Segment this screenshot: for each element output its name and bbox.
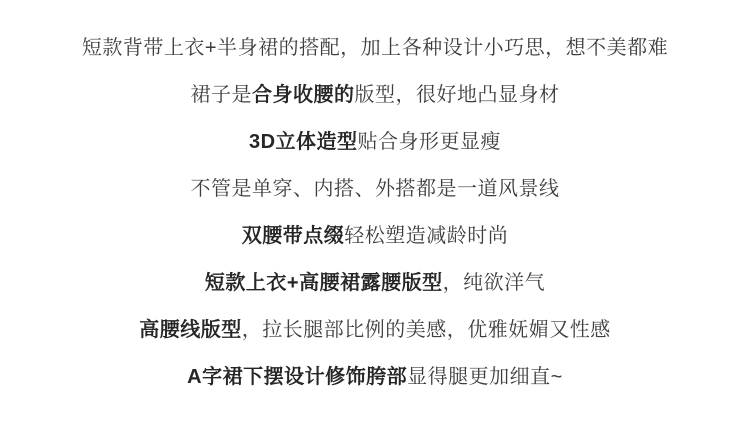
text-segment-regular: ，纯欲洋气 <box>443 272 546 294</box>
text-segment-regular: 不管是单穿、内搭、外搭都是一道风景线 <box>191 178 560 200</box>
text-segment-regular: 显得腿更加细直~ <box>407 366 563 388</box>
description-line-1: 短款背带上衣+半身裙的搭配，加上各种设计小巧思，想不美都难 <box>0 25 750 72</box>
description-line-6: 短款上衣+高腰裙露腰版型，纯欲洋气 <box>0 260 750 307</box>
description-line-3: 3D立体造型贴合身形更显瘦 <box>0 119 750 166</box>
description-line-2: 裙子是合身收腰的版型，很好地凸显身材 <box>0 72 750 119</box>
description-line-5: 双腰带点缀轻松塑造减龄时尚 <box>0 213 750 260</box>
description-line-7: 高腰线版型，拉长腿部比例的美感，优雅妩媚又性感 <box>0 307 750 354</box>
text-segment-bold: 双腰带点缀 <box>242 225 345 247</box>
text-segment-bold: 合身收腰的 <box>252 84 355 106</box>
text-segment-regular: 轻松塑造减龄时尚 <box>344 225 508 247</box>
text-segment-bold: A字裙下摆设计修饰胯部 <box>187 366 407 388</box>
product-description: 短款背带上衣+半身裙的搭配，加上各种设计小巧思，想不美都难裙子是合身收腰的版型，… <box>0 0 750 401</box>
text-segment-bold: 3D立体造型 <box>249 131 358 153</box>
text-segment-regular: 版型，很好地凸显身材 <box>355 84 560 106</box>
text-segment-regular: 短款背带上衣+半身裙的搭配，加上各种设计小巧思，想不美都难 <box>82 37 668 59</box>
text-segment-bold: 高腰线版型 <box>139 319 242 341</box>
text-segment-regular: 贴合身形更显瘦 <box>358 131 502 153</box>
description-line-8: A字裙下摆设计修饰胯部显得腿更加细直~ <box>0 354 750 401</box>
text-segment-regular: 裙子是 <box>191 84 253 106</box>
text-segment-bold: 短款上衣+高腰裙露腰版型 <box>205 272 443 294</box>
product-description-page: 短款背带上衣+半身裙的搭配，加上各种设计小巧思，想不美都难裙子是合身收腰的版型，… <box>0 0 750 424</box>
description-line-4: 不管是单穿、内搭、外搭都是一道风景线 <box>0 166 750 213</box>
text-segment-regular: ，拉长腿部比例的美感，优雅妩媚又性感 <box>242 319 611 341</box>
